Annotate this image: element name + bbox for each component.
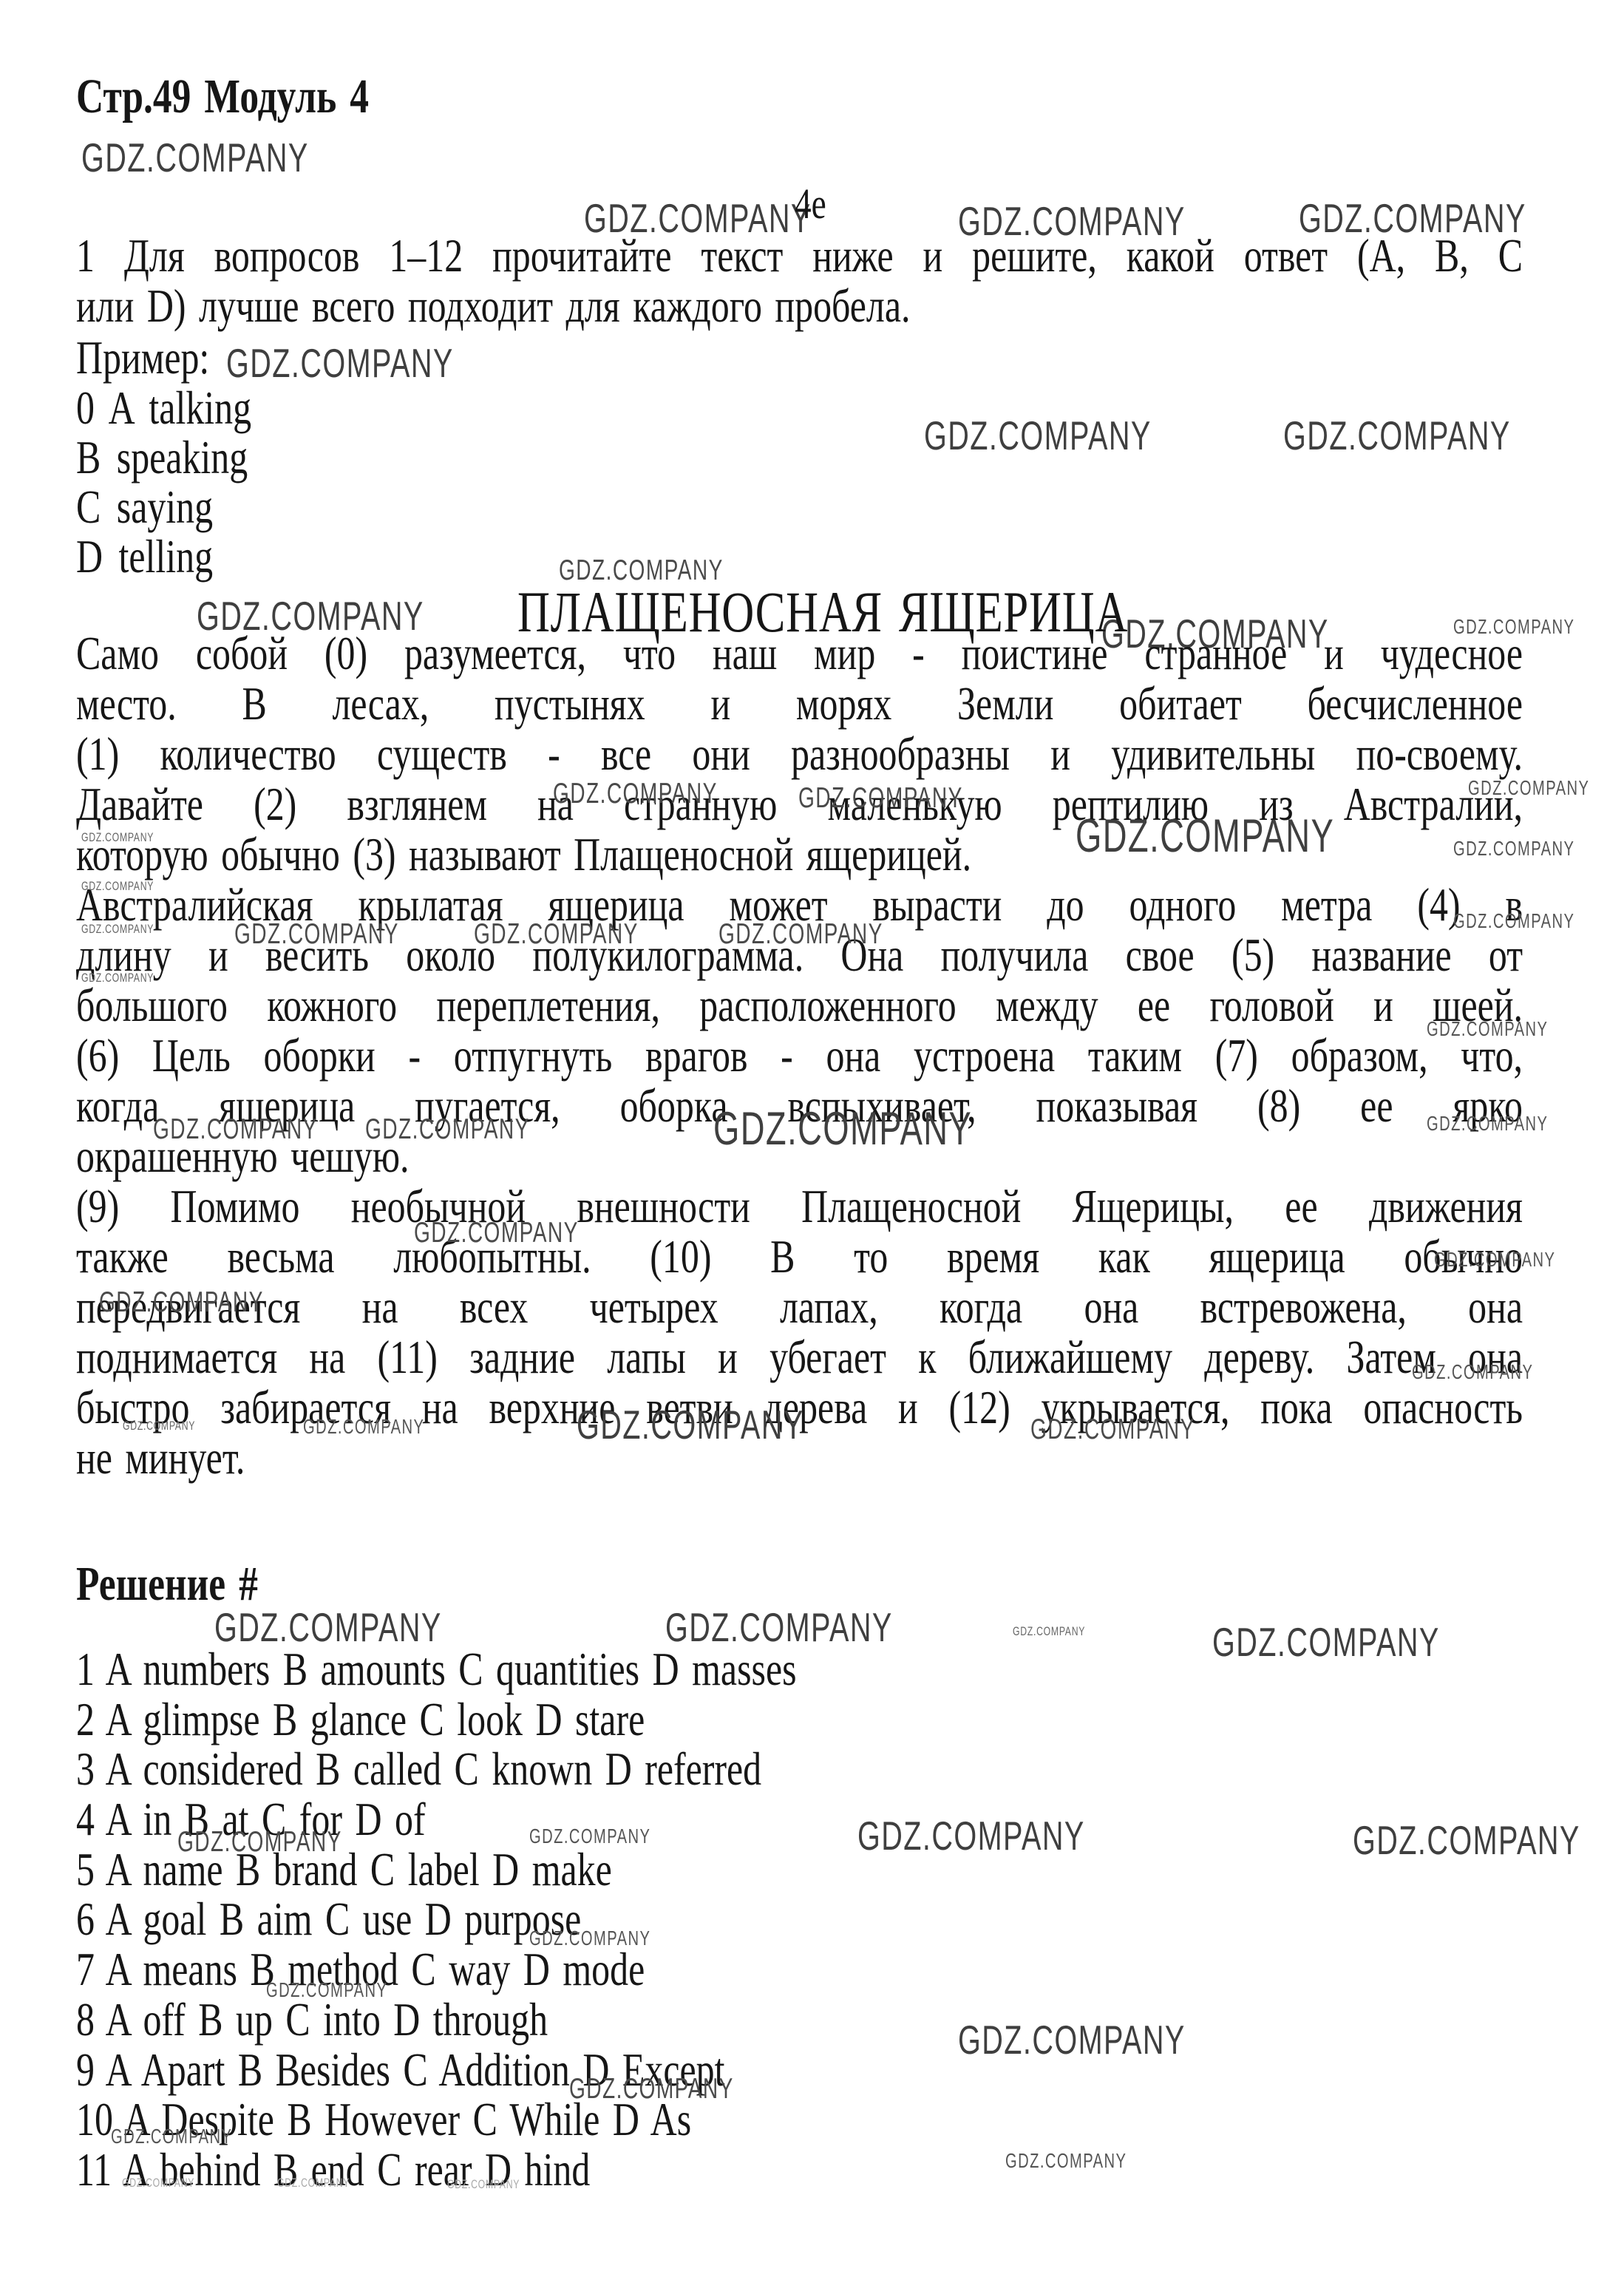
watermark-text: GDZ.COMPANY — [713, 1106, 972, 1153]
article-line: поднимается на (11) задние лапы и убегае… — [76, 1332, 1523, 1382]
watermark-text: GDZ.COMPANY — [1005, 2151, 1127, 2171]
watermark-text: GDZ.COMPANY — [553, 779, 718, 808]
watermark-text: GDZ.COMPANY — [474, 920, 639, 949]
watermark-text: GDZ.COMPANY — [924, 415, 1152, 456]
answer-line: 8 A off B up C into D through — [76, 1995, 1523, 2045]
watermark-text: GDZ.COMPANY — [1412, 1362, 1533, 1382]
watermark-text: GDZ.COMPANY — [529, 1826, 650, 1847]
watermark-text: GDZ.COMPANY — [277, 2176, 350, 2189]
watermark-text: GDZ.COMPANY — [153, 1115, 318, 1144]
watermark-text: GDZ.COMPANY — [234, 920, 399, 949]
watermark-text: GDZ.COMPANY — [1427, 1113, 1548, 1134]
watermark-text: GDZ.COMPANY — [1076, 813, 1334, 860]
example-option: D telling — [76, 532, 1523, 581]
section-code: 4e — [795, 182, 968, 226]
watermark-text: GDZ.COMPANY — [1283, 415, 1511, 456]
answer-line: 1 A numbers B amounts C quantities D mas… — [76, 1644, 1523, 1694]
document-page: Стр.49 Модуль 4 GDZ.COMPANY GDZ.COMPANY … — [0, 0, 1624, 2277]
watermark-text: GDZ.COMPANY — [214, 1607, 442, 1648]
article-line: Само собой (0) разумеется, что наш мир -… — [76, 628, 1523, 679]
watermark-text: GDZ.COMPANY — [857, 1816, 1085, 1856]
answer-line: 10 A Despite B However C While D As — [76, 2094, 1523, 2145]
example-option: C saying — [76, 482, 1523, 532]
article-line: большого кожного переплетения, расположе… — [76, 980, 1523, 1031]
watermark-text: GDZ.COMPANY — [81, 138, 309, 178]
page-title: Стр.49 Модуль 4 — [76, 71, 1523, 123]
answer-line: 2 A glimpse B glance C look D stare — [76, 1694, 1523, 1745]
watermark-text: GDZ.COMPANY — [665, 1607, 893, 1648]
watermark-text: GDZ.COMPANY — [1427, 1019, 1548, 1039]
watermark-text: GDZ.COMPANY — [99, 1288, 264, 1317]
watermark-text: GDZ.COMPANY — [81, 971, 154, 984]
watermark-text: GDZ.COMPANY — [529, 1928, 650, 1949]
answer-line: 3 A considered B called C known D referr… — [76, 1744, 1523, 1794]
watermark-text: GDZ.COMPANY — [365, 1115, 530, 1144]
watermark-text: GDZ.COMPANY — [123, 1419, 195, 1432]
answer-line: 6 A goal B aim C use D purpose — [76, 1894, 1523, 1944]
article-line: (6) Цель оборки - отпугнуть врагов - она… — [76, 1031, 1523, 1081]
watermark-text: GDZ.COMPANY — [226, 343, 454, 384]
watermark-text: GDZ.COMPANY — [798, 784, 963, 812]
watermark-text: GDZ.COMPANY — [1030, 1415, 1195, 1444]
watermark-text: GDZ.COMPANY — [81, 880, 154, 892]
watermark-text: GDZ.COMPANY — [303, 1416, 424, 1437]
watermark-text: GDZ.COMPANY — [177, 1828, 342, 1856]
answer-line: 9 A Apart B Besides C Addition D Except — [76, 2045, 1523, 2095]
article-line: передвигается на всех четырех лапах, ког… — [76, 1282, 1523, 1332]
watermark-text: GDZ.COMPANY — [1434, 1249, 1555, 1270]
watermark-text: GDZ.COMPANY — [577, 1405, 804, 1445]
watermark-text: GDZ.COMPANY — [1453, 838, 1574, 859]
watermark-text: GDZ.COMPANY — [81, 923, 154, 935]
task-instruction-line: или D) лучше всего подходит для каждого … — [76, 281, 1523, 331]
watermark-text: GDZ.COMPANY — [1353, 1820, 1580, 1861]
article-line: также весьма любопытны. (10) В то время … — [76, 1232, 1523, 1282]
watermark-text: GDZ.COMPANY — [1468, 778, 1589, 798]
task-instruction-line: 1 Для вопросов 1–12 прочитайте текст ниж… — [76, 231, 1523, 281]
solution-heading: Решение # — [76, 1558, 1523, 1610]
article-line: (1) количество существ - все они разнооб… — [76, 729, 1523, 779]
watermark-text: GDZ.COMPANY — [569, 2074, 734, 2103]
article-line: (9) Помимо необычной внешности Плащеносн… — [76, 1181, 1523, 1232]
watermark-text: GDZ.COMPANY — [81, 831, 154, 844]
watermark-text: GDZ.COMPANY — [266, 1980, 387, 2001]
watermark-text: GDZ.COMPANY — [447, 2178, 520, 2191]
watermark-text: GDZ.COMPANY — [122, 2176, 194, 2189]
watermark-text: GDZ.COMPANY — [414, 1218, 579, 1247]
article-line: место. В лесах, пустынях и морях Земли о… — [76, 679, 1523, 729]
watermark-text: GDZ.COMPANY — [1013, 1625, 1085, 1638]
watermark-text: GDZ.COMPANY — [1453, 911, 1574, 931]
watermark-text: GDZ.COMPANY — [958, 2020, 1186, 2060]
watermark-text: GDZ.COMPANY — [111, 2126, 232, 2147]
watermark-text: GDZ.COMPANY — [718, 920, 883, 949]
